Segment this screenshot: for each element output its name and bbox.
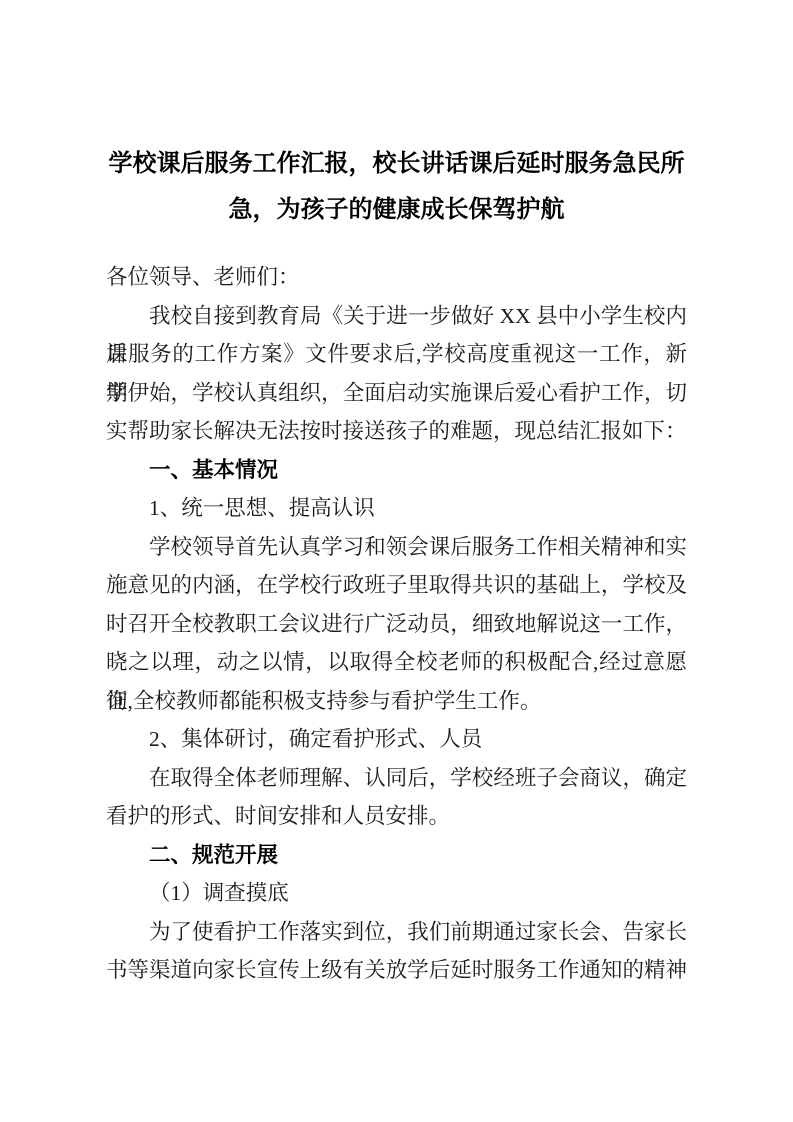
text-line: 施意见的内涵，在学校行政班子里取得共识的基础上，学校及 [106,566,687,605]
sub-heading: 2、集体研讨，确定看护形式、人员 [106,720,687,759]
text-line: 期伊始，学校认真组织，全面启动实施课后爱心看护工作，切 [106,374,687,413]
text-line: 时召开全校教职工会议进行广泛动员，细致地解说这一工作， [106,605,687,644]
document-page: 学校课后服务工作汇报，校长讲话课后延时服务急民所 急，为孩子的健康成长保驾护航 … [0,0,793,1122]
section-heading-2: 二、规范开展 [106,836,687,875]
text-line: 为了使看护工作落实到位，我们前期通过家长会、告家长 [106,913,687,952]
salutation-line: 各位领导、老师们： [106,258,687,297]
document-content: 学校课后服务工作汇报，校长讲话课后延时服务急民所 急，为孩子的健康成长保驾护航 … [106,141,687,990]
document-body: 各位领导、老师们： 我校自接到教育局《关于进一步做好 XX 县中小学生校内课 后… [106,258,687,990]
text-line: 我校自接到教育局《关于进一步做好 XX 县中小学生校内课 [106,297,687,336]
document-title: 学校课后服务工作汇报，校长讲话课后延时服务急民所 急，为孩子的健康成长保驾护航 [106,141,687,233]
text-line: 学校领导首先认真学习和领会课后服务工作相关精神和实 [106,528,687,567]
text-line: 在取得全体老师理解、认同后，学校经班子会商议，确定 [106,759,687,798]
text-line: 后服务的工作方案》文件要求后,学校高度重视这一工作，新学 [106,335,687,374]
sub-heading: 1、统一思想、提高认识 [106,489,687,528]
text-line: 实帮助家长解决无法按时接送孩子的难题，现总结汇报如下： [106,412,687,451]
sub-heading: （1）调查摸底 [106,874,687,913]
text-line: 看护的形式、时间安排和人员安排。 [106,797,687,836]
text-line: 晓之以理，动之以情，以取得全校老师的积极配合,经过意愿征 [106,643,687,682]
document-title-line-2: 急，为孩子的健康成长保驾护航 [106,187,687,233]
text-line: 询,全校教师都能积极支持参与看护学生工作。 [106,682,687,721]
section-heading-1: 一、基本情况 [106,451,687,490]
document-title-line-1: 学校课后服务工作汇报，校长讲话课后延时服务急民所 [106,141,687,187]
text-line: 书等渠道向家长宣传上级有关放学后延时服务工作通知的精神 [106,951,687,990]
